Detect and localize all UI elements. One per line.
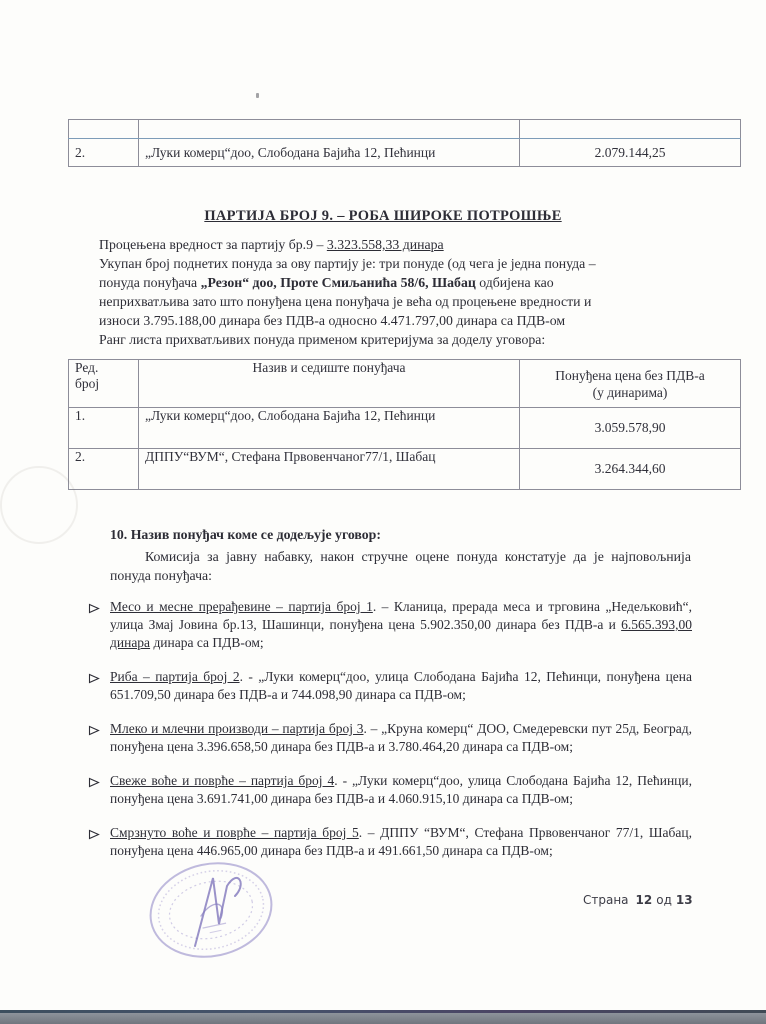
top-table: 2. „Луки комерц“доо, Слободана Бајића 12… — [68, 119, 741, 167]
header-name-cell: Назив и седиште понуђача — [139, 360, 520, 408]
bullet-arrow-icon — [88, 827, 100, 845]
rejected-bidder: „Резон“ доо, Проте Смиљанића 58/6, Шабац — [201, 275, 476, 290]
row-number-cell: 2. — [69, 449, 139, 490]
table-row: 2. „Луки комерц“доо, Слободана Бајића 12… — [69, 139, 741, 167]
table-header-row: Ред. број Назив и седиште понуђача Понуђ… — [69, 360, 741, 408]
bullet-item-lot1: Месо и месне прерађевине – партија број … — [88, 598, 692, 652]
bidder-name-cell: „Луки комерц“доо, Слободана Бајића 12, П… — [139, 139, 520, 167]
faint-stamp-ghost — [0, 466, 78, 544]
intro-line: Укупан број поднетих понуда за ову парти… — [99, 254, 699, 273]
scan-speck — [256, 93, 259, 98]
lot-title: Месо и месне прерађевине – партија број … — [110, 599, 373, 614]
lot-title: Свеже воће и поврће – партија број 4 — [110, 773, 334, 788]
price-cell: 2.079.144,25 — [520, 139, 741, 167]
table-row — [69, 120, 741, 139]
lot-title: Смрзнуто воће и поврће – партија број 5 — [110, 825, 359, 840]
row-number-cell: 2. — [69, 139, 139, 167]
scanned-document-page: 2. „Луки комерц“доо, Слободана Бајића 12… — [0, 0, 766, 1024]
page-number: 12 — [636, 893, 653, 907]
section-heading: 10. Назив понуђач коме се додељује угово… — [110, 527, 700, 543]
header-number-cell: Ред. број — [69, 360, 139, 408]
bidder-name-cell: „Луки комерц“доо, Слободана Бајића 12, П… — [139, 408, 520, 449]
total-pages: 13 — [676, 893, 693, 907]
rank-table: Ред. број Назив и седиште понуђача Понуђ… — [68, 359, 741, 490]
bidder-name-cell — [139, 120, 520, 139]
header-price-cell: Понуђена цена без ПДВ-а (у динарима) — [520, 360, 741, 408]
table-row: 1. „Луки комерц“доо, Слободана Бајића 12… — [69, 408, 741, 449]
intro-line: Ранг листа прихватљивих понуда применом … — [99, 330, 699, 349]
bullet-item-lot4: Свеже воће и поврће – партија број 4. - … — [88, 772, 692, 808]
price-cell — [520, 120, 741, 139]
footer-of: од — [656, 893, 672, 907]
section-paragraph: Комисија за јавну набавку, након стручне… — [110, 547, 691, 585]
footer-label: Страна — [583, 893, 629, 907]
bullet-item-lot3: Млеко и млечни производи – партија број … — [88, 720, 692, 756]
intro-line: Процењена вредност за партију бр.9 – 3.3… — [99, 235, 699, 254]
bullet-arrow-icon — [88, 671, 100, 689]
row-number-cell: 1. — [69, 408, 139, 449]
scanner-background — [0, 1013, 766, 1024]
intro-line: неприхватљива зато што понуђена цена пон… — [99, 292, 699, 311]
estimated-value: 3.323.558,33 динара — [327, 237, 444, 252]
price-cell: 3.264.344,60 — [520, 449, 741, 490]
page-title: ПАРТИЈА БРОЈ 9. – РОБА ШИРОКЕ ПОТРОШЊЕ — [0, 208, 766, 225]
bullet-arrow-icon — [88, 723, 100, 741]
bidder-name-cell: ДППУ“ВУМ“, Стефана Првовенчаног77/1, Шаб… — [139, 449, 520, 490]
page-footer: Страна12од13 — [583, 893, 693, 907]
bullet-arrow-icon — [88, 775, 100, 793]
bullet-arrow-icon — [88, 601, 100, 619]
lot-title: Млеко и млечни производи – партија број … — [110, 721, 364, 736]
official-stamp — [143, 856, 283, 976]
intro-line: понуда понуђача „Резон“ доо, Проте Смиља… — [99, 273, 699, 292]
stamp-icon — [143, 856, 283, 976]
page-title-text: ПАРТИЈА БРОЈ 9. – РОБА ШИРОКЕ ПОТРОШЊЕ — [204, 208, 561, 224]
table-row: 2. ДППУ“ВУМ“, Стефана Првовенчаног77/1, … — [69, 449, 741, 490]
row-number-cell — [69, 120, 139, 139]
price-cell: 3.059.578,90 — [520, 408, 741, 449]
lot-title: Риба – партија број 2 — [110, 669, 240, 684]
bullet-item-lot5: Смрзнуто воће и поврће – партија број 5.… — [88, 824, 692, 860]
bullet-item-lot2: Риба – партија број 2. - „Луки комерц“до… — [88, 668, 692, 704]
bullet-list: Месо и месне прерађевине – партија број … — [88, 598, 692, 876]
intro-line: износи 3.795.188,00 динара без ПДВ-а одн… — [99, 311, 699, 330]
intro-paragraph: Процењена вредност за партију бр.9 – 3.3… — [99, 235, 699, 349]
